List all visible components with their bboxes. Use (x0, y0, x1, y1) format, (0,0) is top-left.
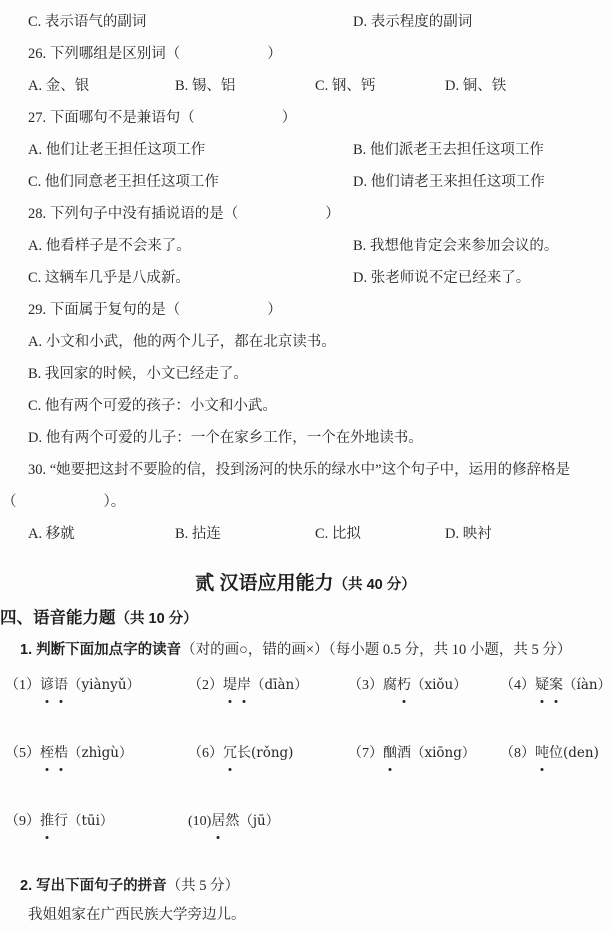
pinyin-item: （8）吨位(den) (500, 740, 611, 767)
emphasized-character: 语 (54, 673, 68, 699)
dotted-word: 堤岸 (223, 678, 251, 693)
dotted-word: 疑案 (535, 678, 563, 693)
question-stem: 26. 下列哪组是区别词（ ） (0, 38, 611, 70)
task-2-heading: 2. 写出下面句子的拼音（共 5 分） (0, 872, 611, 900)
item-number: （2） (188, 678, 223, 693)
option-row: C. 这辆车几乎是八成新。D. 张老师说不定已经来了。 (0, 262, 611, 294)
emphasized-character: 冗 (223, 741, 237, 767)
pinyin-item: （2）堤岸（dīàn） (188, 672, 348, 699)
option-row: C. 表示语气的副词D. 表示程度的副词 (0, 6, 611, 38)
emphasized-character: 推 (40, 809, 54, 835)
task-1-bold: 1. 判断下面加点字的读音 (20, 642, 181, 658)
pinyin-item: （4）疑案（íàn） (500, 672, 611, 699)
character: 行 (54, 809, 68, 835)
emphasized-character: 岸 (237, 673, 251, 699)
section-title: 贰 汉语应用能力（共 40 分） (0, 566, 611, 602)
pinyin-item: （3）腐朽（xiǒu） (348, 672, 500, 699)
item-number: (10) (188, 814, 211, 829)
subsection-score: （共 10 分） (116, 611, 198, 627)
option-row: A. 他看样子是不会来了。B. 我想他肯定会来参加会议的。 (0, 230, 611, 262)
option-item: D. 表示程度的副词 (353, 6, 611, 38)
item-number: （8） (500, 746, 535, 761)
question-stem: 30. “她要把这封不要脸的信，投到汤河的快乐的绿水中”这个句子中，运用的修辞格… (0, 454, 611, 486)
question-stem: 28. 下列句子中没有插说语的是（ ） (0, 198, 611, 230)
item-number: （7） (348, 746, 383, 761)
emphasized-character: 梏 (54, 741, 68, 767)
option-item: D. 铜、铁 (445, 70, 611, 102)
character: 然 (225, 809, 239, 835)
dotted-word: 谚语 (40, 678, 68, 693)
emphasized-character: 桎 (40, 741, 54, 767)
option-item: D. 张老师说不定已经来了。 (353, 262, 611, 294)
pinyin-item: (10)居然（jū） (188, 808, 348, 835)
emphasized-character: 堤 (223, 673, 237, 699)
option-item: C. 比拟 (315, 518, 445, 550)
emphasized-character: 案 (549, 673, 563, 699)
option-item: D. 映衬 (445, 518, 611, 550)
option-item: A. 他看样子是不会来了。 (28, 230, 353, 262)
pronunciation-row: （5）桎梏（zhìgù）（6）冗长(rǒng)（7）酗酒（xiōng）（8）吨位… (0, 740, 611, 808)
option-row: A. 他们让老王担任这项工作B. 他们派老王去担任这项工作 (0, 134, 611, 166)
dotted-word: 酗酒 (383, 746, 411, 761)
pinyin-item: （7）酗酒（xiōng） (348, 740, 500, 767)
pinyin-item: （6）冗长(rǒng) (188, 740, 348, 767)
pronunciation-row: （1）谚语（yiànyǔ）（2）堤岸（dīàn）（3）腐朽（xiǒu）（4）疑案… (0, 672, 611, 740)
option-row: C. 他们同意老王担任这项工作D. 他们请老王来担任这项工作 (0, 166, 611, 198)
option-line: B. 我回家的时候，小文已经走了。 (0, 358, 611, 390)
pinyin-text: （yiànyǔ） (68, 677, 140, 693)
dotted-word: 吨位 (535, 746, 563, 761)
question-list: C. 表示语气的副词D. 表示程度的副词26. 下列哪组是区别词（ ）A. 金、… (0, 6, 611, 550)
option-row: A. 金、银B. 锡、铝C. 钢、钙D. 铜、铁 (0, 70, 611, 102)
option-item: C. 钢、钙 (315, 70, 445, 102)
pinyin-text: （dīàn） (251, 677, 308, 693)
pinyin-text: （jū） (239, 813, 279, 829)
subsection-title: 四、语音能力题（共 10 分） (0, 602, 611, 634)
pinyin-item: （9）推行（tūi） (5, 808, 188, 835)
dotted-word: 桎梏 (40, 746, 68, 761)
option-item: C. 他们同意老王担任这项工作 (28, 166, 353, 198)
option-item: A. 他们让老王担任这项工作 (28, 134, 353, 166)
emphasized-character: 吨 (535, 741, 549, 767)
pinyin-text: （zhìgù） (68, 745, 132, 761)
question-stem: 29. 下面属于复句的是（ ） (0, 294, 611, 326)
item-number: （3） (348, 678, 383, 693)
section-title-text: 贰 汉语应用能力 (195, 573, 333, 594)
item-number: （9） (5, 814, 40, 829)
option-item: A. 金、银 (28, 70, 175, 102)
option-item: A. 移就 (28, 518, 175, 550)
item-number: （4） (500, 678, 535, 693)
option-item: C. 这辆车几乎是八成新。 (28, 262, 353, 294)
pinyin-text: （xiōng） (411, 745, 475, 761)
dotted-word: 冗长 (223, 746, 251, 761)
character: 酒 (397, 741, 411, 767)
task-2-note: （共 5 分） (167, 878, 240, 894)
emphasized-character: 酗 (383, 741, 397, 767)
exam-page: C. 表示语气的副词D. 表示程度的副词26. 下列哪组是区别词（ ）A. 金、… (0, 0, 611, 930)
character: 长 (237, 741, 251, 767)
character: 位 (549, 741, 563, 767)
option-item: B. 拈连 (175, 518, 315, 550)
option-line: D. 他有两个可爱的儿子：一个在家乡工作，一个在外地读书。 (0, 422, 611, 454)
option-line: C. 他有两个可爱的孩子：小文和小武。 (0, 390, 611, 422)
pinyin-text: (rǒng) (251, 745, 293, 761)
pronunciation-row: （9）推行（tūi）(10)居然（jū） (0, 808, 611, 858)
option-item: B. 我想他肯定会来参加会议的。 (353, 230, 611, 262)
question-stem-continuation: （ ）。 (0, 486, 611, 518)
pinyin-text: (den) (563, 745, 599, 761)
question-stem: 27. 下面哪句不是兼语句（ ） (0, 102, 611, 134)
option-line: A. 小文和小武，他的两个儿子，都在北京读书。 (0, 326, 611, 358)
task-1-heading: 1. 判断下面加点字的读音（对的画○，错的画×）（每小题 0.5 分，共 10 … (0, 636, 611, 664)
emphasized-character: 谚 (40, 673, 54, 699)
character: 腐 (383, 673, 397, 699)
subsection-title-text: 四、语音能力题 (0, 609, 116, 627)
option-item: D. 他们请老王来担任这项工作 (353, 166, 611, 198)
dotted-word: 居然 (211, 814, 239, 829)
pinyin-item: （5）桎梏（zhìgù） (5, 740, 188, 767)
dotted-word: 腐朽 (383, 678, 411, 693)
option-item: B. 他们派老王去担任这项工作 (353, 134, 611, 166)
item-number: （1） (5, 678, 40, 693)
emphasized-character: 朽 (397, 673, 411, 699)
emphasized-character: 疑 (535, 673, 549, 699)
option-row: A. 移就B. 拈连C. 比拟D. 映衬 (0, 518, 611, 550)
pinyin-item: （1）谚语（yiànyǔ） (5, 672, 188, 699)
pronunciation-grid: （1）谚语（yiànyǔ）（2）堤岸（dīàn）（3）腐朽（xiǒu）（4）疑案… (0, 672, 611, 858)
pinyin-sentence: 我姐姐家在广西民族大学旁边儿。 (0, 900, 611, 930)
dotted-word: 推行 (40, 814, 68, 829)
section-score: （共 40 分） (334, 577, 416, 593)
item-number: （5） (5, 746, 40, 761)
emphasized-character: 居 (211, 809, 225, 835)
option-item: C. 表示语气的副词 (28, 6, 353, 38)
pinyin-text: （íàn） (563, 677, 611, 693)
pinyin-text: （xiǒu） (411, 677, 467, 693)
pinyin-text: （tūi） (68, 813, 113, 829)
task-1-note: （对的画○，错的画×）（每小题 0.5 分，共 10 小题，共 5 分） (181, 642, 571, 658)
option-item: B. 锡、铝 (175, 70, 315, 102)
task-2-bold: 2. 写出下面句子的拼音 (20, 878, 167, 894)
item-number: （6） (188, 746, 223, 761)
